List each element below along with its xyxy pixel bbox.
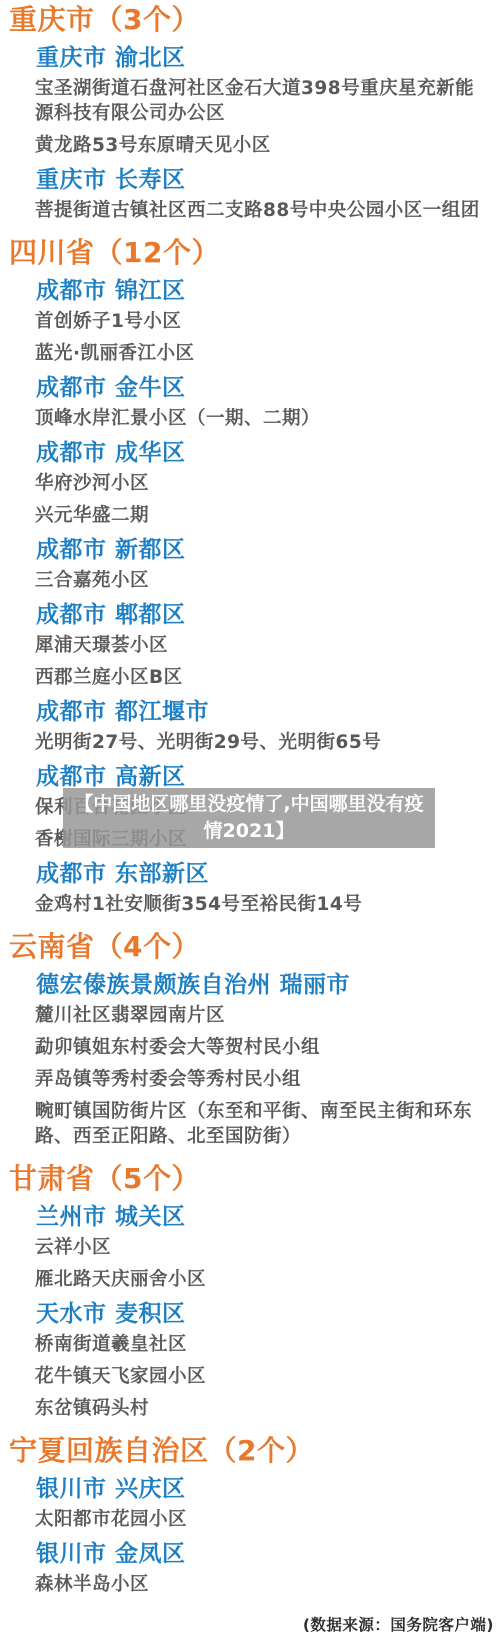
data-source-note: (数据来源：国务院客户端) [303,1613,494,1637]
place-item: 云祥小区 [0,1235,500,1260]
place-item: 弄岛镇等秀村委会等秀村民小组 [0,1067,500,1092]
city-district-header: 德宏傣族景颇族自治州 瑞丽市 [0,970,500,1000]
place-item: 黄龙路53号东原晴天见小区 [0,133,500,158]
city-district-header: 银川市 兴庆区 [0,1474,500,1504]
province-section: 宁夏回族自治区（2个）银川市 兴庆区太阳都市花园小区银川市 金凤区森林半岛小区 [0,1431,500,1597]
province-header: 甘肃省（5个） [0,1159,500,1199]
province-section: 重庆市（3个）重庆市 渝北区宝圣湖街道石盘河社区金石大道398号重庆星充新能源科… [0,0,500,223]
province-count: （12个） [95,236,220,269]
province-section: 云南省（4个）德宏傣族景颇族自治州 瑞丽市麓川社区翡翠园南片区勐卯镇姐东村委会大… [0,927,500,1149]
city-district-header: 成都市 成华区 [0,438,500,468]
province-header: 重庆市（3个） [0,0,500,40]
province-name: 宁夏回族自治区 [9,1434,209,1467]
province-name: 云南省 [9,930,95,963]
place-item: 兴元华盛二期 [0,503,500,528]
place-item: 三合嘉苑小区 [0,568,500,593]
place-item: 太阳都市花园小区 [0,1507,500,1532]
place-item: 首创娇子1号小区 [0,309,500,334]
province-count: （4个） [95,930,200,963]
province-name: 四川省 [9,236,95,269]
place-item: 华府沙河小区 [0,471,500,496]
place-item: 雁北路天庆丽舍小区 [0,1267,500,1292]
province-name: 甘肃省 [9,1162,95,1195]
place-item: 顶峰水岸汇景小区（一期、二期） [0,406,500,431]
city-district-header: 成都市 锦江区 [0,276,500,306]
province-header: 宁夏回族自治区（2个） [0,1431,500,1471]
place-item: 畹町镇国防街片区（东至和平街、南至民主街和环东路、西至正阳路、北至国防街） [0,1099,500,1149]
place-item: 东岔镇码头村 [0,1396,500,1421]
watermark-text: 【中国地区哪里没疫情了,中国哪里没有疫情2021】 [74,793,423,842]
city-district-header: 成都市 金牛区 [0,373,500,403]
watermark-overlay: 【中国地区哪里没疫情了,中国哪里没有疫情2021】 [63,788,435,848]
city-district-header: 成都市 新都区 [0,535,500,565]
place-item: 金鸡村1社安顺街354号至裕民街14号 [0,892,500,917]
place-item: 西郡兰庭小区B区 [0,665,500,690]
place-item: 宝圣湖街道石盘河社区金石大道398号重庆星充新能源科技有限公司办公区 [0,76,500,126]
place-item: 菩提街道古镇社区西二支路88号中央公园小区一组团 [0,198,500,223]
place-item: 森林半岛小区 [0,1572,500,1597]
province-count: （5个） [95,1162,200,1195]
province-name: 重庆市 [9,3,95,36]
province-count: （2个） [209,1434,314,1467]
city-district-header: 成都市 东部新区 [0,859,500,889]
city-district-header: 成都市 都江堰市 [0,697,500,727]
city-district-header: 天水市 麦积区 [0,1299,500,1329]
place-item: 蓝光·凯丽香江小区 [0,341,500,366]
city-district-header: 成都市 郫都区 [0,600,500,630]
city-district-header: 重庆市 长寿区 [0,165,500,195]
place-item: 花牛镇天飞家园小区 [0,1364,500,1389]
province-header: 云南省（4个） [0,927,500,967]
place-item: 麓川社区翡翠园南片区 [0,1003,500,1028]
city-district-header: 兰州市 城关区 [0,1202,500,1232]
page: 重庆市（3个）重庆市 渝北区宝圣湖街道石盘河社区金石大道398号重庆星充新能源科… [0,0,500,1644]
city-district-header: 银川市 金凤区 [0,1539,500,1569]
province-header: 四川省（12个） [0,233,500,273]
place-item: 桥南街道羲皇社区 [0,1332,500,1357]
place-item: 犀浦天璟荟小区 [0,633,500,658]
province-section: 甘肃省（5个）兰州市 城关区云祥小区雁北路天庆丽舍小区天水市 麦积区桥南街道羲皇… [0,1159,500,1421]
city-district-header: 重庆市 渝北区 [0,43,500,73]
place-item: 勐卯镇姐东村委会大等贺村民小组 [0,1035,500,1060]
province-count: （3个） [95,3,200,36]
place-item: 光明街27号、光明街29号、光明街65号 [0,730,500,755]
